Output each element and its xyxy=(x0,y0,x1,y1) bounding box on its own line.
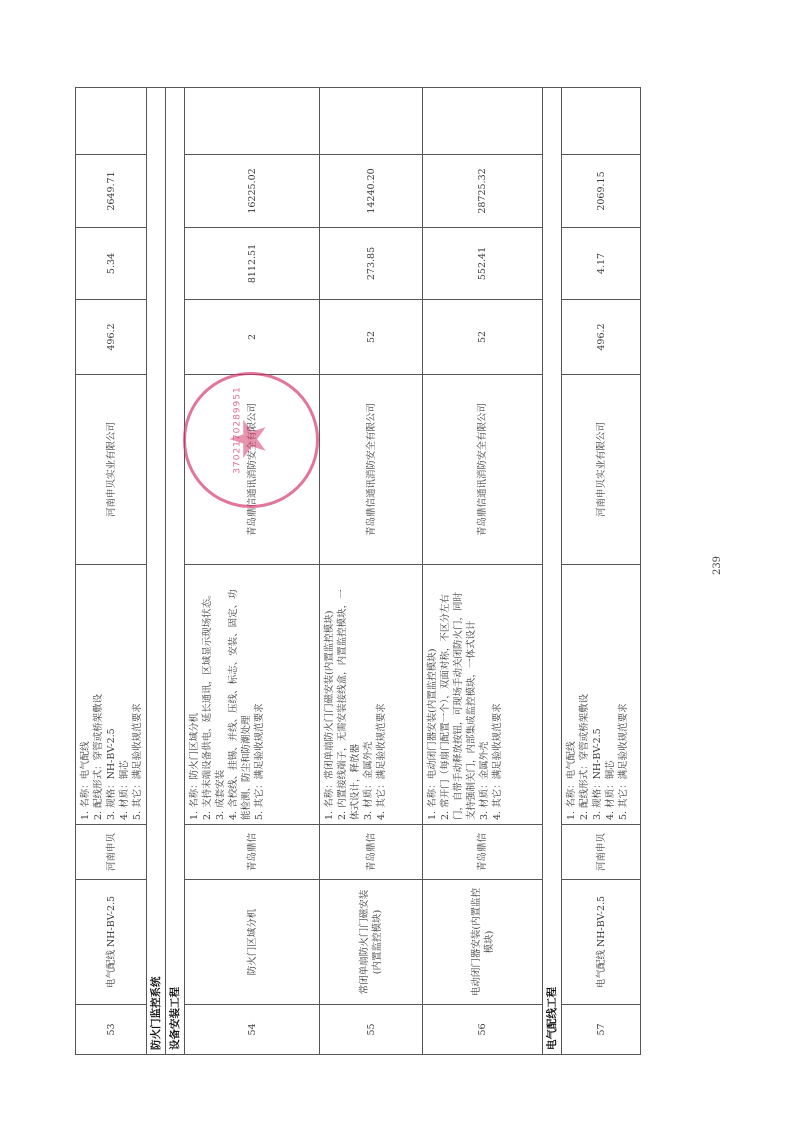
description-line: 2. 配线形式：穿管或桥架敷设 xyxy=(578,569,591,820)
description-line: 2. 内置接线端子，无需安装接线盒，内置监控模块，一 xyxy=(336,569,349,820)
description-line: 4. 材质：铜芯 xyxy=(118,569,131,820)
brand-cell: 河南申贝 xyxy=(76,825,147,880)
description-line: 体式设计，释放器 xyxy=(349,569,362,820)
description-line: 5. 其它：满足验收规范要求 xyxy=(617,569,630,820)
description-line: 5. 其它：满足验收规范要求 xyxy=(131,569,144,820)
remark-cell xyxy=(185,88,320,155)
section-fire-door-monitoring: 防火门监控系统 xyxy=(147,88,166,1055)
item-number-cell: 55 xyxy=(320,1005,423,1055)
table-row: 57电气配线 NH-BV-2.5河南申贝1. 名称：电气配线2. 配线形式：穿管… xyxy=(562,88,641,1055)
description-line: 3. 规格：NH-BV-2.5 xyxy=(591,569,604,820)
item-number-cell: 54 xyxy=(185,1005,320,1055)
brand-cell: 青岛鼎信 xyxy=(423,825,543,880)
supplier-cell: 青岛鼎信通讯消防安全有限公司 xyxy=(185,375,320,565)
total-price-cell: 16225.02 xyxy=(185,155,320,228)
quantity-cell: 52 xyxy=(320,300,423,375)
section-equipment-installation: 设备安装工程 xyxy=(166,88,185,1055)
description-line: 3. 规格：NH-BV-2.5 xyxy=(105,569,118,820)
item-name-cell: 电气配线 NH-BV-2.5 xyxy=(562,880,641,1005)
supplier-cell: 青岛鼎信通讯消防安全有限公司 xyxy=(423,375,543,565)
table-row: 54防火门区域分机青岛鼎信1. 名称：防火门区域分机2. 支持末端设备供电、延长… xyxy=(185,88,320,1055)
remark-cell xyxy=(562,88,641,155)
section-row: 电气配线工程 xyxy=(543,88,562,1055)
quantity-cell: 496.2 xyxy=(76,300,147,375)
description-line: 2. 配线形式：穿管或桥架敷设 xyxy=(92,569,105,820)
unit-price-cell: 552.41 xyxy=(423,228,543,300)
description-line: 4. 含校线、挂锡、并线、压线、标志、安装、固定、功 xyxy=(227,569,240,820)
item-description-cell: 1. 名称：电气配线2. 配线形式：穿管或桥架敷设3. 规格：NH-BV-2.5… xyxy=(76,565,147,825)
rotated-page-content: 53电气配线 NH-BV-2.5河南申贝1. 名称：电气配线2. 配线形式：穿管… xyxy=(75,88,627,1055)
item-number-cell: 57 xyxy=(562,1005,641,1055)
table-row: 56电动闭门器安装(内置监控模块)青岛鼎信1. 名称：电动闭门器安装(内置监控模… xyxy=(423,88,543,1055)
description-line: 能检测、防尘和防潮处理 xyxy=(240,569,253,820)
supplier-cell: 青岛鼎信通讯消防安全有限公司 xyxy=(320,375,423,565)
item-description-cell: 1. 名称：常闭单扇防火门门磁安装(内置监控模块)2. 内置接线端子，无需安装接… xyxy=(320,565,423,825)
total-price-cell: 2649.71 xyxy=(76,155,147,228)
total-price-cell: 28725.32 xyxy=(423,155,543,228)
item-description-cell: 1. 名称：电气配线2. 配线形式：穿管或桥架敷设3. 规格：NH-BV-2.5… xyxy=(562,565,641,825)
quotation-table: 53电气配线 NH-BV-2.5河南申贝1. 名称：电气配线2. 配线形式：穿管… xyxy=(75,87,641,1055)
supplier-cell: 河南申贝实业有限公司 xyxy=(562,375,641,565)
item-number-cell: 56 xyxy=(423,1005,543,1055)
description-line: 2. 支持末端设备供电、延长通讯，区域显示现场状态。 xyxy=(201,569,214,820)
item-description-cell: 1. 名称：电动闭门器安装(内置监控模块)2. 常开门（每扇门配置一个），双面对… xyxy=(423,565,543,825)
item-number-cell: 53 xyxy=(76,1005,147,1055)
section-electrical-wiring: 电气配线工程 xyxy=(543,88,562,1055)
description-line: 1. 名称：电气配线 xyxy=(565,569,578,820)
description-line: 1. 名称：防火门区域分机 xyxy=(188,569,201,820)
item-name-cell: 防火门区域分机 xyxy=(185,880,320,1005)
description-line: 5. 其它：满足验收规范要求 xyxy=(253,569,266,820)
brand-cell: 河南申贝 xyxy=(562,825,641,880)
table-row: 53电气配线 NH-BV-2.5河南申贝1. 名称：电气配线2. 配线形式：穿管… xyxy=(76,88,147,1055)
total-price-cell: 2069.15 xyxy=(562,155,641,228)
description-line: 3. 成套安装 xyxy=(214,569,227,820)
item-name-cell: 电气配线 NH-BV-2.5 xyxy=(76,880,147,1005)
description-line: 支持强制关门，内部集成监控模块，一体式设计 xyxy=(465,569,478,820)
table-row: 55常闭单扇防火门门磁安装(内置监控模块)青岛鼎信1. 名称：常闭单扇防火门门磁… xyxy=(320,88,423,1055)
page-number: 239 xyxy=(712,556,723,575)
description-line: 4. 其它：满足验收规范要求 xyxy=(491,569,504,820)
brand-cell: 青岛鼎信 xyxy=(320,825,423,880)
unit-price-cell: 8112.51 xyxy=(185,228,320,300)
item-name-cell: 电动闭门器安装(内置监控模块) xyxy=(423,880,543,1005)
description-line: 2. 常开门（每扇门配置一个），双面对称，不区分左右 xyxy=(439,569,452,820)
description-line: 3. 材质：金属外壳 xyxy=(362,569,375,820)
quantity-cell: 2 xyxy=(185,300,320,375)
unit-price-cell: 5.34 xyxy=(76,228,147,300)
remark-cell xyxy=(423,88,543,155)
description-line: 4. 材质：铜芯 xyxy=(604,569,617,820)
description-line: 4. 其它：满足验收规范要求 xyxy=(375,569,388,820)
unit-price-cell: 4.17 xyxy=(562,228,641,300)
quantity-cell: 52 xyxy=(423,300,543,375)
total-price-cell: 14240.20 xyxy=(320,155,423,228)
description-line: 3. 材质：金属外壳 xyxy=(478,569,491,820)
description-line: 1. 名称：常闭单扇防火门门磁安装(内置监控模块) xyxy=(323,569,336,820)
description-line: 1. 名称：电气配线 xyxy=(79,569,92,820)
description-line: 1. 名称：电动闭门器安装(内置监控模块) xyxy=(426,569,439,820)
remark-cell xyxy=(76,88,147,155)
item-name-cell: 常闭单扇防火门门磁安装(内置监控模块) xyxy=(320,880,423,1005)
remark-cell xyxy=(320,88,423,155)
unit-price-cell: 273.85 xyxy=(320,228,423,300)
supplier-cell: 河南申贝实业有限公司 xyxy=(76,375,147,565)
section-row: 防火门监控系统 xyxy=(147,88,166,1055)
item-description-cell: 1. 名称：防火门区域分机2. 支持末端设备供电、延长通讯，区域显示现场状态。3… xyxy=(185,565,320,825)
description-line: 门，自带手动释放按钮，可现场手动关闭防火门，同时 xyxy=(452,569,465,820)
brand-cell: 青岛鼎信 xyxy=(185,825,320,880)
section-row: 设备安装工程 xyxy=(166,88,185,1055)
quantity-cell: 496.2 xyxy=(562,300,641,375)
